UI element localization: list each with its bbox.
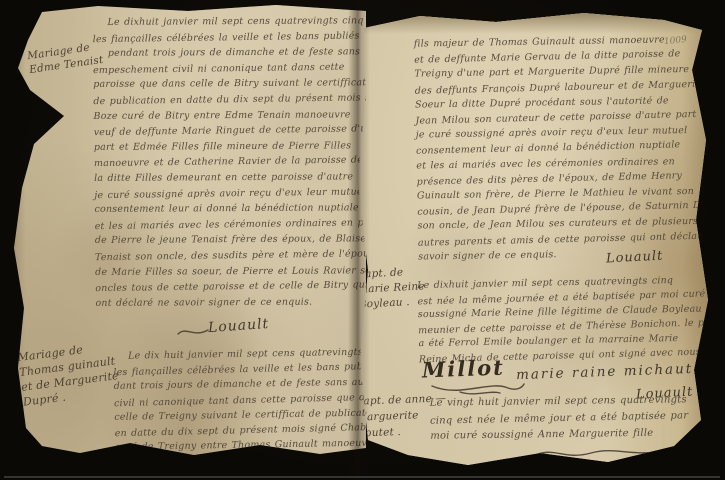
manuscript-line: ont déclaré ne savoir signer de ce enqui… — [95, 294, 366, 311]
margin-note-mariage-guinault: Mariage de Thomas guinault et de Marguer… — [17, 338, 122, 410]
left-page: Mariage de Edme Tenaist Le dixhuit janvi… — [8, 2, 366, 462]
act-marriage-guinault-end: fils majeur de Thomas Guinault aussi man… — [414, 31, 710, 265]
margin-note-bapt-boyleau: Bapt. de marie Reine Boyleau . — [357, 264, 426, 312]
scan-table-edge — [4, 476, 720, 478]
right-page: 1009 fils majeur de Thomas Guinault auss… — [356, 8, 710, 472]
act-marriage-tenaist: Le dixhuit janvier mil sept cens quatrev… — [92, 12, 366, 311]
document-scan: Mariage de Edme Tenaist Le dixhuit janvi… — [0, 0, 725, 480]
manuscript-line: moi curé soussigné Anne Marguerite fille — [430, 425, 688, 445]
signature-louault-right-top: Louault — [606, 249, 664, 267]
act-bapt-boyleau: Le dixhuit janvier mil sept cens quatrev… — [417, 272, 710, 367]
act-marriage-guinault-start: Le dix huit janvier mil sept cens quatre… — [113, 342, 366, 456]
manuscript-line: la ditte Filles demeurant en cette paroi… — [94, 169, 366, 186]
end-flourish — [536, 446, 666, 460]
signature-millot: Millot — [422, 355, 506, 383]
margin-note-line: Boyleau . — [358, 294, 426, 312]
signature-flourish — [176, 324, 210, 338]
act-bapt-doutet: Le vingt huit janvier mil sept cens quat… — [430, 392, 689, 446]
signature-louault-left: Louault — [208, 316, 270, 336]
